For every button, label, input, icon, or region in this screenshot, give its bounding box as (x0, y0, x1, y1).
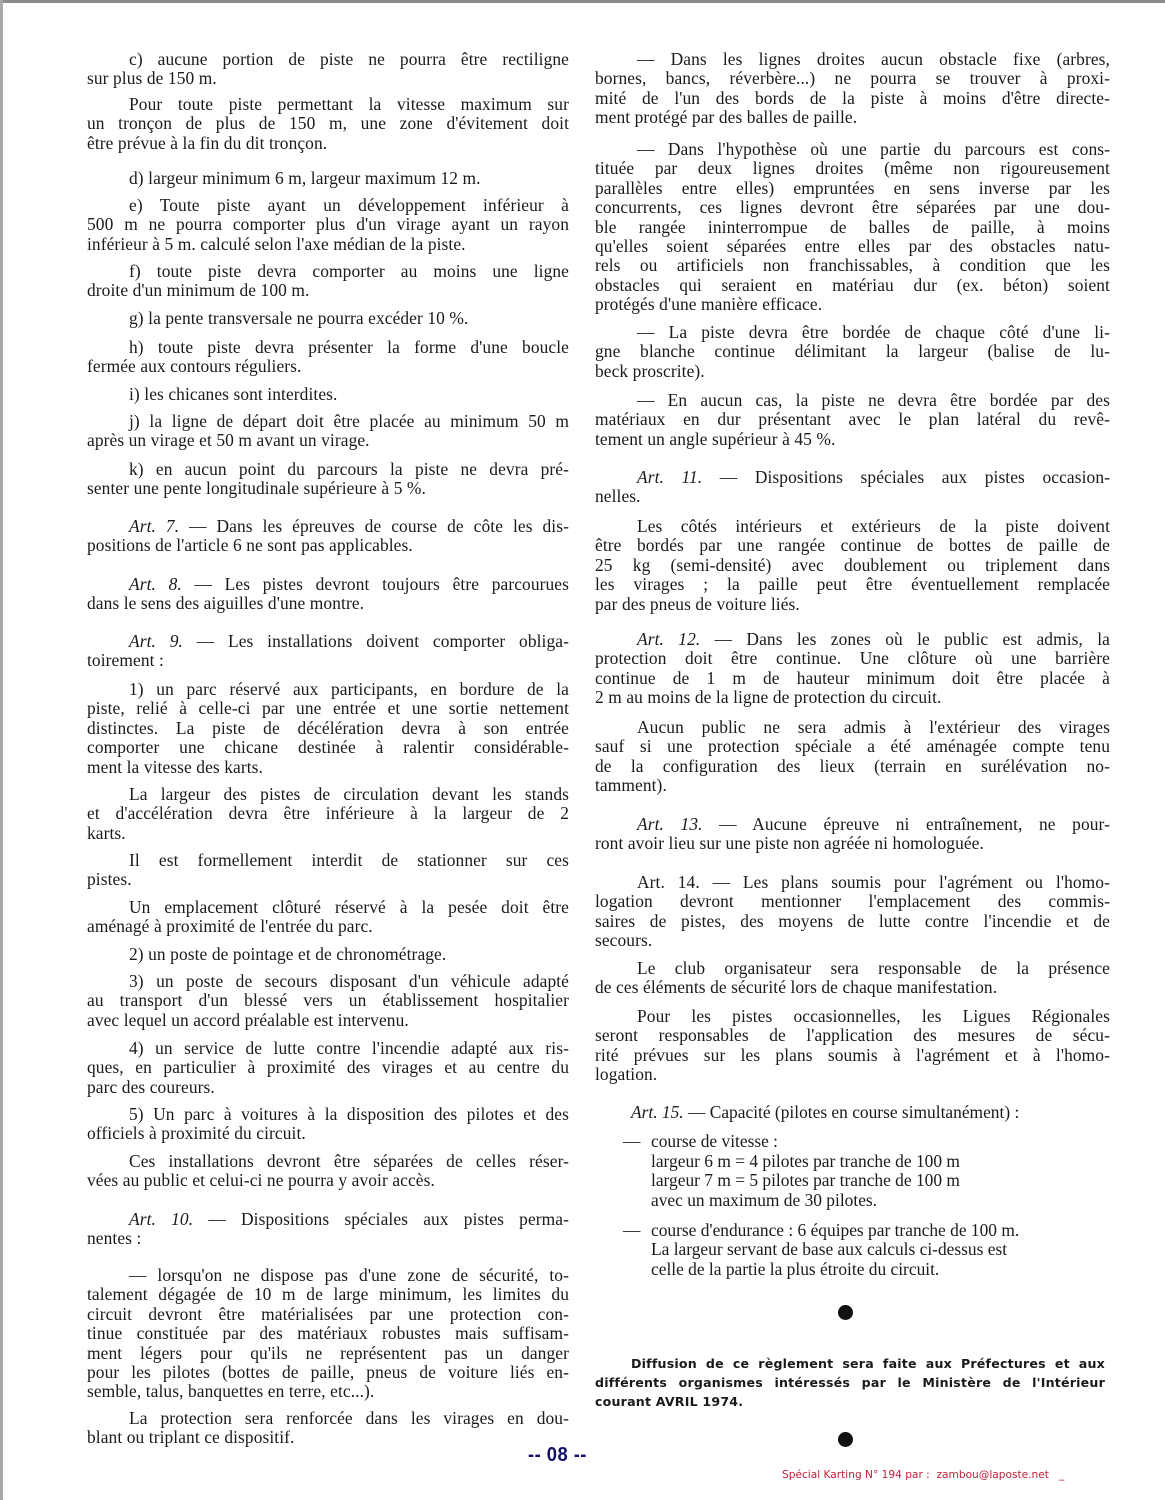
text-line: Pour les pistes occasionnelles, les Ligu… (595, 1007, 1110, 1026)
paragraph: Art. 11. — Dispositions spéciales aux pi… (595, 468, 1110, 507)
text-line: tinue constituée par des matériaux robus… (87, 1324, 569, 1343)
article-label: Art. 12. (637, 629, 700, 649)
text-line: 2 m au moins de la ligne de protection d… (595, 688, 1110, 707)
text-line: senter une pente longitudinale supérieur… (87, 479, 569, 498)
text-line: seront responsables de l'application des… (595, 1026, 1110, 1045)
article-label: Art. 15. (631, 1102, 684, 1122)
paragraph: 3) un poste de secours disposant d'un vé… (87, 972, 569, 1030)
dash-bullet: — (623, 1221, 640, 1240)
text-line: pistes. (87, 870, 569, 889)
paragraph: 5) Un parc à voitures à la disposition d… (87, 1105, 569, 1144)
text-line: fermée aux contours réguliers. (87, 357, 569, 376)
text-line: inférieur à 5 m. calculé selon l'axe méd… (87, 235, 569, 254)
paragraph: Art. 8. — Les pistes devront toujours êt… (87, 575, 569, 614)
text-line: blant ou triplant ce dispositif. (87, 1428, 569, 1447)
text-line: aménagé à proximité de l'entrée du parc. (87, 917, 569, 936)
text-line: Aucun public ne sera admis à l'extérieur… (595, 718, 1110, 737)
text-line: k) en aucun point du parcours la piste n… (87, 460, 569, 479)
separator-bullet-top (838, 1305, 853, 1320)
text-line: sur plus de 150 m. (87, 69, 569, 88)
text-line: au transport d'un blessé vers un établis… (87, 991, 569, 1010)
text-line: gne blanche continue délimitant la large… (595, 342, 1110, 361)
text-line: Art. 14. — Les plans soumis pour l'agrém… (595, 873, 1110, 892)
text-line: saires de pistes, des moyens de lutte co… (595, 912, 1110, 931)
text-line: 2) un poste de pointage et de chronométr… (87, 945, 569, 964)
text-line: talement dégagée de 10 m de large minimu… (87, 1285, 569, 1304)
text-line: comporter une chicane destinée à ralenti… (87, 738, 569, 757)
text-line: protégés d'une manière efficace. (595, 295, 1110, 314)
text-line: qu'elles soient séparées entre elles par… (595, 237, 1110, 256)
text-line: de ces éléments de sécurité lors de chaq… (595, 978, 1110, 997)
article-label: Art. 10. (129, 1209, 193, 1229)
text-line: toirement : (87, 651, 569, 670)
text-line: vées au public et celui-ci ne pourra y a… (87, 1171, 569, 1190)
notice-line: différents organismes intéressés par le … (595, 1373, 1105, 1392)
paragraph: — En aucun cas, la piste ne devra être b… (595, 391, 1110, 449)
text-line: Les côtés intérieurs et extérieurs de la… (595, 517, 1110, 536)
paragraph: Il est formellement interdit de stationn… (87, 851, 569, 890)
text-line: 3) un poste de secours disposant d'un vé… (87, 972, 569, 991)
text-line: 25 kg (semi-densité) avec doublement ou … (595, 556, 1110, 575)
text-line: nelles. (595, 487, 1110, 506)
text-line: Il est formellement interdit de stationn… (87, 851, 569, 870)
text-line: Ces installations devront être séparées … (87, 1152, 569, 1171)
text-line: — Dans les lignes droites aucun obstacle… (595, 50, 1110, 69)
text-line: tituée par deux lignes droites (même non… (595, 159, 1110, 178)
text-line: Art. 9. — Les installations doivent comp… (87, 632, 569, 651)
text-line: obstacles qui seraient en matériau dur (… (595, 276, 1110, 295)
paragraph: i) les chicanes sont interdites. (87, 385, 569, 404)
text-line: parc des coureurs. (87, 1078, 569, 1097)
text-line: logation. (595, 1065, 1110, 1084)
article-label: Art. 11. (637, 467, 702, 487)
paragraph: 2) un poste de pointage et de chronométr… (87, 945, 569, 964)
text-line: piste, relié à celle-ci par une entrée e… (87, 699, 569, 718)
article-label: Art. 13. (637, 814, 703, 834)
text-line: un tronçon de plus de 150 m, une zone d'… (87, 114, 569, 133)
text-line: concurrents, ces lignes devront être sép… (595, 198, 1110, 217)
text-line: largeur 6 m = 4 pilotes par tranche de 1… (595, 1152, 1105, 1171)
text-line: droite d'un minimum de 100 m. (87, 281, 569, 300)
text-line: La largeur des pistes de circulation dev… (87, 785, 569, 804)
text-line: être bordés par une rangée continue de b… (595, 536, 1110, 555)
text-line: mité de l'un des bords de la piste à moi… (595, 89, 1110, 108)
paragraph: — Dans les lignes droites aucun obstacle… (595, 50, 1110, 128)
article-15-title: — Capacité (pilotes en course simultaném… (684, 1102, 1020, 1122)
text-line: — La piste devra être bordée de chaque c… (595, 323, 1110, 342)
text-line: Art. 7. — Dans les épreuves de course de… (87, 517, 569, 536)
text-line: Art. 12. — Dans les zones où le public e… (595, 630, 1110, 649)
text-line: avec lequel un accord préalable est inte… (87, 1011, 569, 1030)
text-line: La protection sera renforcée dans les vi… (87, 1409, 569, 1428)
text-line: i) les chicanes sont interdites. (87, 385, 569, 404)
paragraph: Un emplacement clôturé réservé à la pesé… (87, 898, 569, 937)
paragraph: Ces installations devront être séparées … (87, 1152, 569, 1191)
text-line: et d'accélération devra être inférieure … (87, 804, 569, 823)
paragraph: Aucun public ne sera admis à l'extérieur… (595, 718, 1110, 796)
separator-bullet-bottom (838, 1432, 853, 1447)
text-line: d) largeur minimum 6 m, largeur maximum … (87, 169, 569, 188)
paragraph: — lorsqu'on ne dispose pas d'une zone de… (87, 1266, 569, 1402)
text-line: celle de la partie la plus étroite du ci… (595, 1260, 1105, 1279)
text-line: — En aucun cas, la piste ne devra être b… (595, 391, 1110, 410)
article-label: Art. 7. (129, 516, 179, 536)
paragraph: — Dans l'hypothèse où une partie du parc… (595, 140, 1110, 315)
text-line: g) la pente transversale ne pourra excéd… (87, 309, 569, 328)
text-line: officiels à proximité du circuit. (87, 1124, 569, 1143)
paragraph: Art. 13. — Aucune épreuve ni entraînemen… (595, 815, 1110, 854)
paragraph: f) toute piste devra comporter au moins … (87, 262, 569, 301)
paragraph: Pour les pistes occasionnelles, les Ligu… (595, 1007, 1110, 1085)
footer-credit: Spécial Karting N° 194 par : zambou@lapo… (782, 1469, 1064, 1481)
text-line: par des pneus de voiture liés. (595, 595, 1110, 614)
text-line: tamment). (595, 776, 1110, 795)
text-line: ques, en particulier à proximité des vir… (87, 1058, 569, 1077)
text-line: continue de 1 m de hauteur minimum doit … (595, 669, 1110, 688)
paragraph: La protection sera renforcée dans les vi… (87, 1409, 569, 1448)
text-line: semble, talus, banquettes en terre, etc.… (87, 1382, 569, 1401)
text-line: e) Toute piste ayant un développement in… (87, 196, 569, 215)
text-line: de la configuration des lieux (terrain e… (595, 757, 1110, 776)
text-line: j) la ligne de départ doit être placée a… (87, 412, 569, 431)
article-15-heading: Art. 15. — Capacité (pilotes en course s… (595, 1103, 1105, 1122)
article-label: Art. 8. (129, 574, 182, 594)
paragraph: Art. 7. — Dans les épreuves de course de… (87, 517, 569, 556)
text-line: 1) un parc réservé aux participants, en … (87, 680, 569, 699)
text-line: course d'endurance : 6 équipes par tranc… (595, 1221, 1105, 1240)
text-line: beck proscrite). (595, 362, 1110, 381)
paragraph: Art. 12. — Dans les zones où le public e… (595, 630, 1110, 708)
text-line: 4) un service de lutte contre l'incendie… (87, 1039, 569, 1058)
text-line: Art. 11. — Dispositions spéciales aux pi… (595, 468, 1110, 487)
text-line: matériaux en dur présentant avec le plan… (595, 410, 1110, 429)
text-line: Pour toute piste permettant la vitesse m… (87, 95, 569, 114)
paragraph: c) aucune portion de piste ne pourra êtr… (87, 50, 569, 89)
text-line: distinctes. La piste de décélération dev… (87, 719, 569, 738)
diffusion-notice: Diffusion de ce règlement sera faite aux… (595, 1354, 1105, 1411)
text-line: rels ou artificiels non franchissables, … (595, 256, 1110, 275)
text-line: ble rangée ininterrompue de balles de pa… (595, 218, 1110, 237)
text-line: h) toute piste devra présenter la forme … (87, 338, 569, 357)
text-line: largeur 7 m = 5 pilotes par tranche de 1… (595, 1171, 1105, 1190)
dash-bullet: — (623, 1132, 640, 1151)
paragraph: 4) un service de lutte contre l'incendie… (87, 1039, 569, 1097)
article-15-capacity: Art. 15. — Capacité (pilotes en course s… (595, 1103, 1105, 1279)
page-number: -- 08 -- (528, 1444, 587, 1467)
paragraph: d) largeur minimum 6 m, largeur maximum … (87, 169, 569, 188)
notice-line: courant AVRIL 1974. (595, 1392, 1105, 1411)
text-line: ment la vitesse des karts. (87, 758, 569, 777)
text-line: les virages ; la paille peut être éventu… (595, 575, 1110, 594)
text-line: — Dans l'hypothèse où une partie du parc… (595, 140, 1110, 159)
text-line: bornes, bancs, réverbère...) ne pourra s… (595, 69, 1110, 88)
text-line: ment protégé par des balles de paille. (595, 108, 1110, 127)
paragraph: h) toute piste devra présenter la forme … (87, 338, 569, 377)
paragraph: Art. 14. — Les plans soumis pour l'agrém… (595, 873, 1110, 951)
paragraph: Le club organisateur sera responsable de… (595, 959, 1110, 998)
notice-line: Diffusion de ce règlement sera faite aux… (595, 1354, 1105, 1373)
page-frame-left (0, 0, 3, 1500)
paragraph: e) Toute piste ayant un développement in… (87, 196, 569, 254)
paragraph: Pour toute piste permettant la vitesse m… (87, 95, 569, 153)
paragraph: k) en aucun point du parcours la piste n… (87, 460, 569, 499)
text-line: course de vitesse : (595, 1132, 1105, 1151)
text-line: avec un maximum de 30 pilotes. (595, 1191, 1105, 1210)
text-line: La largeur servant de base aux calculs c… (595, 1240, 1105, 1259)
text-line: circuit devront être matérialisées par u… (87, 1305, 569, 1324)
text-line: ment légers pour qu'ils ne représentent … (87, 1344, 569, 1363)
text-line: logation devront mentionner l'emplacemen… (595, 892, 1110, 911)
paragraph: — La piste devra être bordée de chaque c… (595, 323, 1110, 381)
article-label: Art. 9. (129, 631, 183, 651)
text-line: positions de l'article 6 ne sont pas app… (87, 536, 569, 555)
text-line: Le club organisateur sera responsable de… (595, 959, 1110, 978)
text-line: Art. 8. — Les pistes devront toujours êt… (87, 575, 569, 594)
text-line: secours. (595, 931, 1110, 950)
text-line: sauf si une protection spéciale a été am… (595, 737, 1110, 756)
text-line: Art. 10. — Dispositions spéciales aux pi… (87, 1210, 569, 1229)
paragraph: g) la pente transversale ne pourra excéd… (87, 309, 569, 328)
text-line: ront avoir lieu sur une piste non agréée… (595, 834, 1110, 853)
text-line: après un virage et 50 m avant un virage. (87, 431, 569, 450)
text-line: dans le sens des aiguilles d'une montre. (87, 594, 569, 613)
paragraph: j) la ligne de départ doit être placée a… (87, 412, 569, 451)
text-line: c) aucune portion de piste ne pourra êtr… (87, 50, 569, 69)
capacity-list-item: —course de vitesse :largeur 6 m = 4 pilo… (595, 1132, 1105, 1210)
text-line: parallèles entre elles) empruntées en se… (595, 179, 1110, 198)
text-line: tement un angle supérieur à 45 %. (595, 430, 1110, 449)
text-line: être prévue à la fin du dit tronçon. (87, 134, 569, 153)
page-frame-top (0, 0, 1165, 3)
text-line: pour les pilotes (bottes de paille, pneu… (87, 1363, 569, 1382)
text-line: nentes : (87, 1229, 569, 1248)
text-line: 5) Un parc à voitures à la disposition d… (87, 1105, 569, 1124)
paragraph: La largeur des pistes de circulation dev… (87, 785, 569, 843)
capacity-list-item: —course d'endurance : 6 équipes par tran… (595, 1221, 1105, 1279)
text-line: karts. (87, 824, 569, 843)
text-line: — lorsqu'on ne dispose pas d'une zone de… (87, 1266, 569, 1285)
paragraph: Art. 10. — Dispositions spéciales aux pi… (87, 1210, 569, 1249)
text-line: f) toute piste devra comporter au moins … (87, 262, 569, 281)
paragraph: 1) un parc réservé aux participants, en … (87, 680, 569, 777)
text-line: 500 m ne pourra comporter plus d'un vira… (87, 215, 569, 234)
paragraph: Art. 9. — Les installations doivent comp… (87, 632, 569, 671)
text-line: Art. 13. — Aucune épreuve ni entraînemen… (595, 815, 1110, 834)
text-line: Un emplacement clôturé réservé à la pesé… (87, 898, 569, 917)
text-line: protection doit être continue. Une clôtu… (595, 649, 1110, 668)
paragraph: Les côtés intérieurs et extérieurs de la… (595, 517, 1110, 614)
text-line: rité prévues sur les plans soumis à l'ag… (595, 1046, 1110, 1065)
